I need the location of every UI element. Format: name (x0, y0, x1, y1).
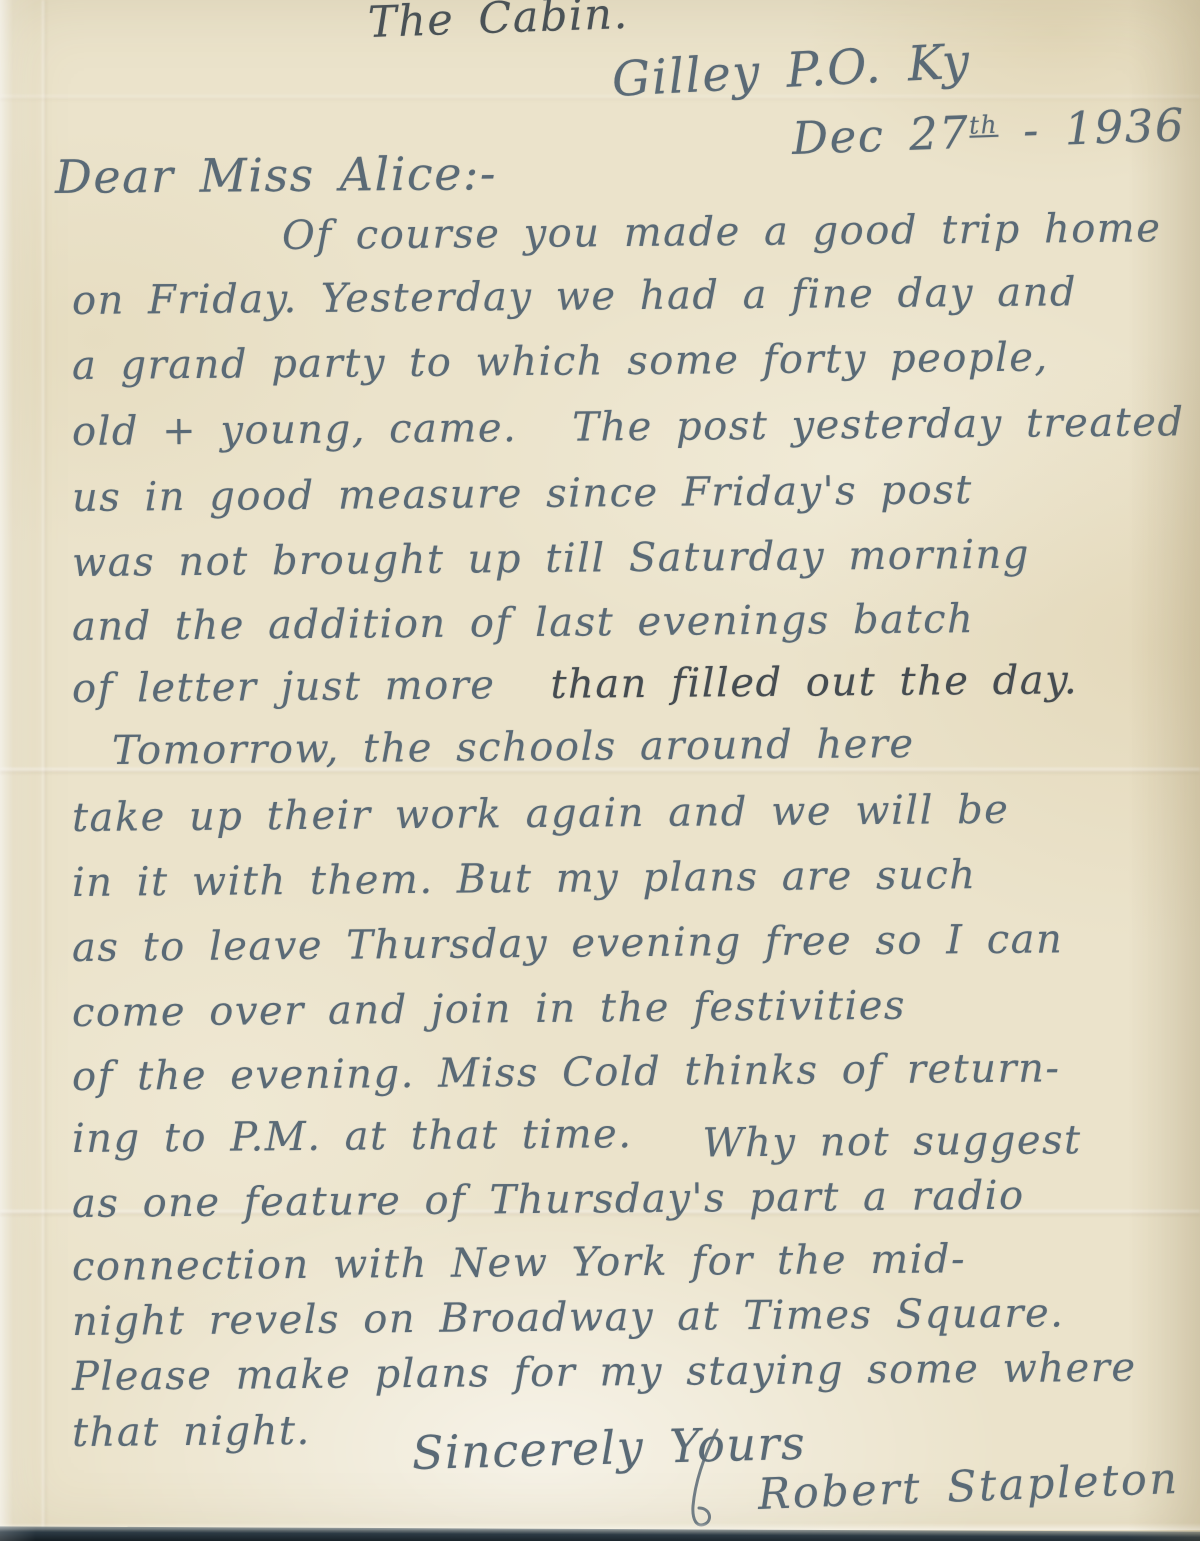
signature-flourish-icon (655, 1428, 735, 1533)
heading-date: Dec 27th - 1936 (791, 102, 1186, 161)
heading-postmark: Gilley P.O. Ky (611, 37, 972, 104)
body-line-13-text: come over and join in the festivities (72, 983, 906, 1036)
body-line-20-text: that night. (72, 1408, 311, 1456)
body-line-7: and the addition of last evenings batch (72, 599, 975, 647)
body-line-2-text: on Friday. Yesterday we had a fine day a… (72, 269, 1077, 324)
heading-date-day: Dec 27 (791, 106, 970, 165)
body-line-14: of the evening. Miss Cold thinks of retu… (72, 1048, 1061, 1097)
body-line-5-text: us in good measure since Friday's post (72, 467, 973, 521)
body-line-15-text: ing to P.M. at that time. (72, 1111, 633, 1162)
heading-place: The Cabin. (367, 0, 629, 45)
horizontal-fold-crease-3 (0, 95, 1200, 101)
closing: Sincerely Yours (411, 1420, 806, 1476)
body-line-1-text: Of course you made a good trip home (282, 205, 1162, 259)
body-line-10: take up their work again and we will be (72, 790, 1010, 838)
body-line-4-text2: The post yesterday treated (572, 399, 1185, 450)
body-line-4: old + young, came.The post yesterday tre… (72, 402, 1185, 452)
body-line-4-text: old + young, came. (72, 405, 518, 455)
body-line-19: Please make plans for my staying some wh… (72, 1348, 1137, 1397)
body-line-8-text2: than filled out the day. (550, 657, 1078, 708)
body-line-19-text: Please make plans for my staying some wh… (72, 1345, 1137, 1400)
body-line-17-text: connection with New York for the mid- (72, 1236, 966, 1290)
body-line-14-text: of the evening. Miss Cold thinks of retu… (72, 1045, 1061, 1100)
body-line-9: Tomorrow, the schools around here (112, 724, 915, 771)
letter-page: The Cabin. Gilley P.O. Ky Dec 27th - 193… (0, 0, 1200, 1541)
heading-date-ordinal: th (969, 110, 999, 140)
body-line-18-text: night revels on Broadway at Times Square… (72, 1290, 1065, 1345)
body-line-10-text: take up their work again and we will be (72, 787, 1010, 841)
body-line-6: was not brought up till Saturday morning (72, 535, 1030, 583)
body-line-8-text: of letter just more (72, 662, 496, 712)
body-line-13: come over and join in the festivities (72, 986, 906, 1033)
salutation: Dear Miss Alice:- (55, 150, 497, 200)
body-line-3-text: a grand party to which some forty people… (72, 334, 1049, 389)
body-line-15: ing to P.M. at that time.Why not suggest (72, 1110, 1082, 1159)
body-line-18: night revels on Broadway at Times Square… (72, 1293, 1065, 1342)
body-line-2: on Friday. Yesterday we had a fine day a… (72, 272, 1077, 321)
body-line-17: connection with New York for the mid- (72, 1239, 966, 1287)
body-line-12-text: as to leave Thursday evening free so I c… (72, 916, 1064, 971)
signature: Robert Stapleton (757, 1458, 1180, 1517)
body-line-7-text: and the addition of last evenings batch (72, 596, 975, 650)
body-line-11-text: in it with them. But my plans are such (72, 852, 977, 906)
body-line-6-text: was not brought up till Saturday morning (72, 532, 1030, 586)
body-line-1: Of course you made a good trip home (282, 208, 1162, 256)
heading-date-year: - 1936 (1022, 98, 1186, 157)
body-line-16: as one feature of Thursday's part a radi… (72, 1176, 1025, 1224)
body-line-9-text: Tomorrow, the schools around here (112, 721, 915, 774)
body-line-16-text: as one feature of Thursday's part a radi… (72, 1173, 1025, 1227)
body-line-8: of letter just morethan filled out the d… (72, 660, 1078, 709)
body-line-20: that night. (72, 1411, 311, 1453)
body-line-5: us in good measure since Friday's post (72, 470, 973, 518)
body-line-11: in it with them. But my plans are such (72, 855, 977, 903)
body-line-12: as to leave Thursday evening free so I c… (72, 919, 1064, 968)
body-line-3: a grand party to which some forty people… (72, 337, 1049, 386)
body-line-15-text2: Why not suggest (702, 1117, 1081, 1166)
